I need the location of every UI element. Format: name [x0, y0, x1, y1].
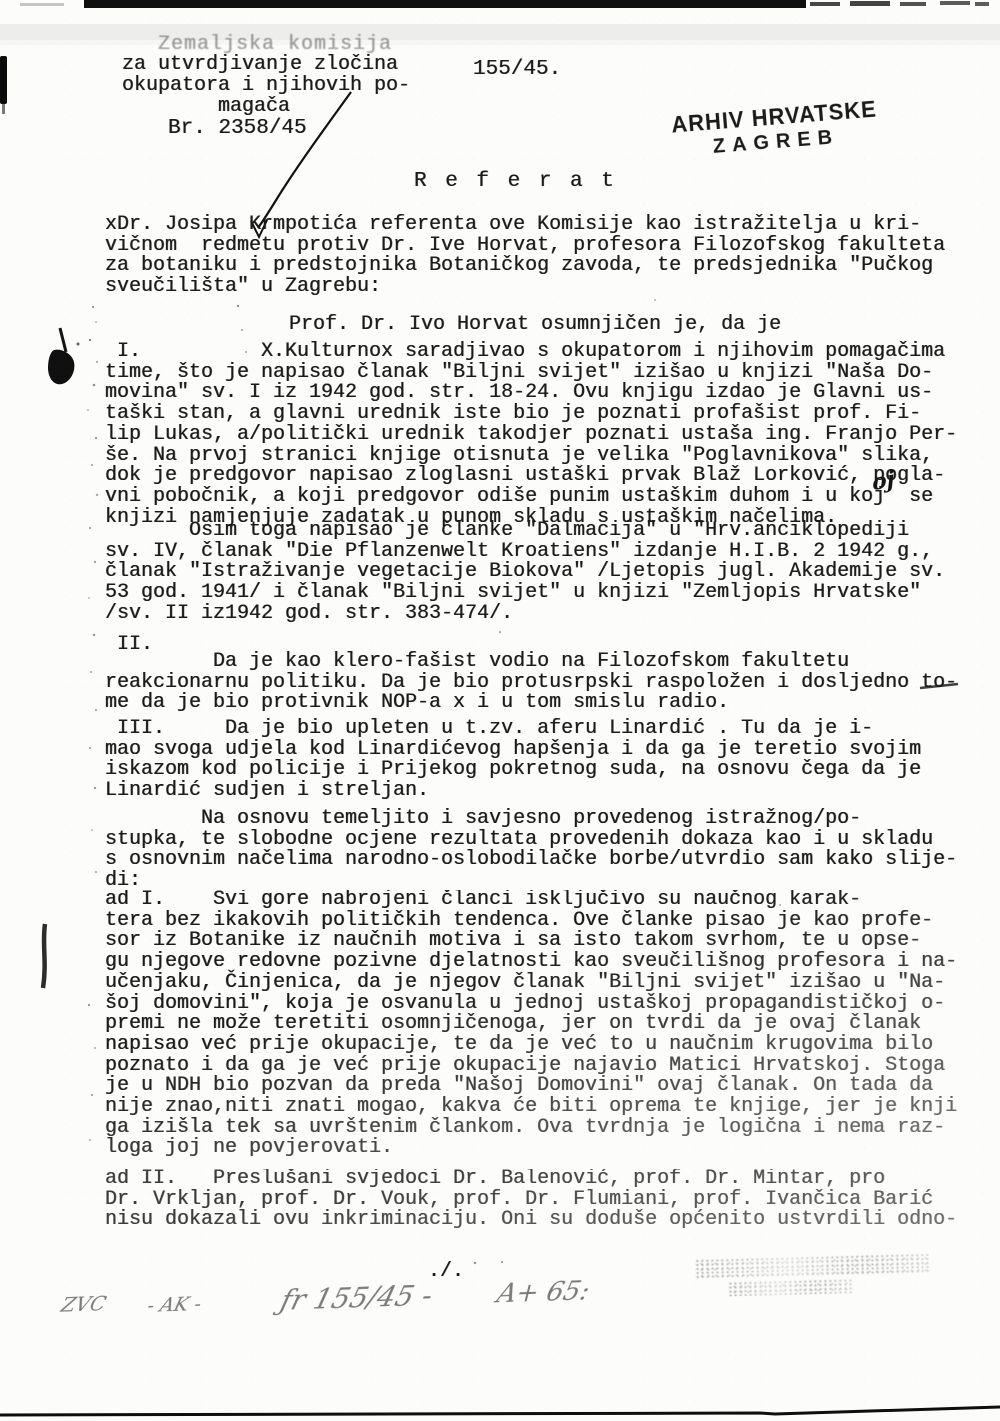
- handwritten-note-2: - AK -: [145, 1293, 204, 1317]
- subject-line: Prof. Dr. Ivo Horvat osumnjičen je, da j…: [289, 315, 781, 336]
- bottom-scan-line: [0, 1407, 1000, 1415]
- file-number: 155/45.: [473, 60, 561, 81]
- pen-mark-vertical: [43, 924, 45, 988]
- document-title: R e f e r a t: [414, 172, 617, 193]
- left-edge-mark: [0, 56, 7, 104]
- paragraph-intro: xDr. Josipa Krmpotića referenta ove Komi…: [105, 215, 945, 298]
- conclusion-intro: Na osnovu temeljito i savjesno provedeno…: [105, 809, 957, 892]
- finding-ad-i: ad I. Svi gore nabrojeni članci isključi…: [105, 890, 957, 1159]
- commission-name-block: za utvrdjivanje zločina okupatora i njih…: [122, 54, 410, 117]
- top-scan-bar: [84, 0, 806, 8]
- archive-stamp: ARHIV HRVATSKE ZAGREB: [658, 95, 891, 163]
- handwritten-oj-insertion: oj: [871, 466, 895, 497]
- faint-stamp-line1: [695, 1253, 930, 1279]
- section-i: I. X.Kulturnox saradjivao s okupatorom i…: [105, 342, 957, 528]
- case-number: Br. 2358/45: [168, 119, 307, 140]
- scanned-document-page: Zemaljska komisija za utvrdjivanje zloči…: [0, 0, 1000, 1421]
- handwritten-note-4: A+ 65:: [494, 1276, 593, 1309]
- finding-ad-ii: ad II. Preslušani svjedoci Dr. Balenović…: [105, 1169, 957, 1231]
- handwritten-note-1: ZVC: [59, 1291, 109, 1317]
- handwritten-note-3: ƒr 155/45 -: [277, 1278, 436, 1316]
- ink-blob: [48, 350, 74, 385]
- section-i-publications: Osim toga napisao je članke "Dalmacija" …: [105, 521, 945, 625]
- section-iii: III. Da je bio upleten u t.zv. aferu Lin…: [105, 719, 921, 802]
- section-ii: Da je kao klero-fašist vodio na Filozofs…: [105, 652, 957, 714]
- faint-stamp-line2: [728, 1278, 853, 1296]
- scan-gray-band: [0, 24, 1000, 40]
